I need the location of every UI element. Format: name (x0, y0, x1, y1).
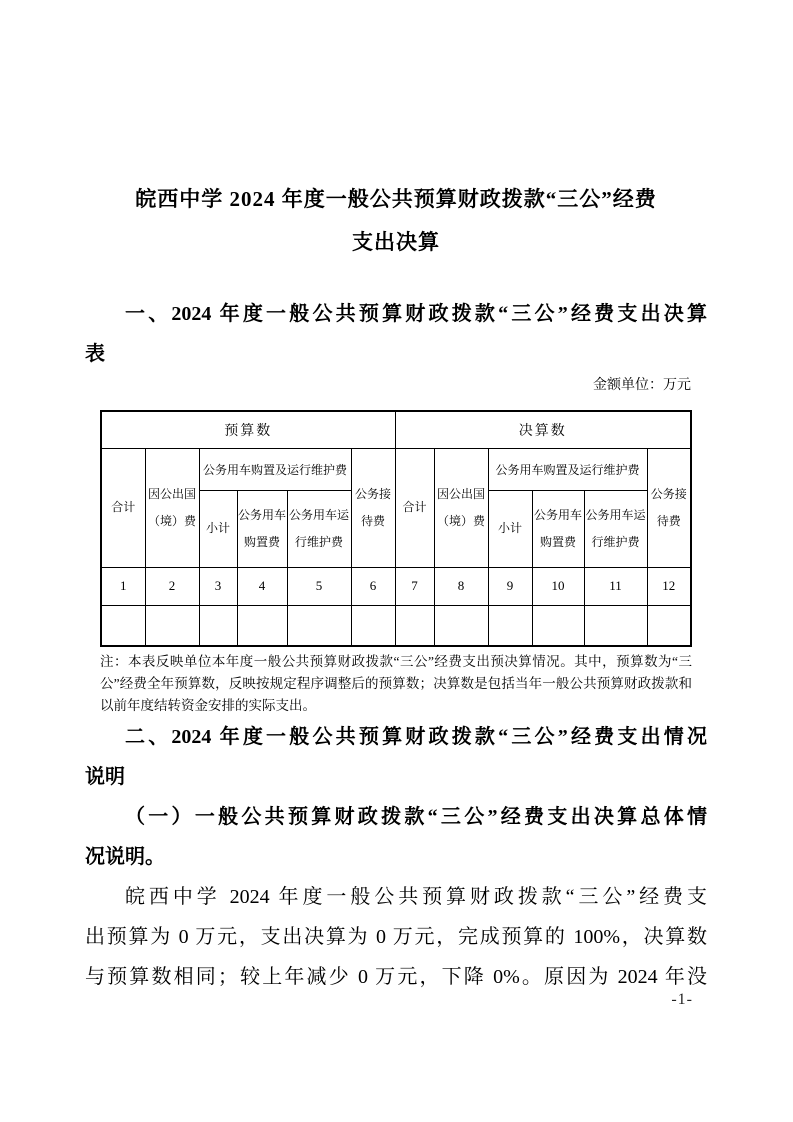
value-cell-8 (434, 605, 488, 646)
column-index-cell-2: 2 (145, 567, 199, 605)
value-cell-4 (237, 605, 287, 646)
budget-vehicle-purchase-header-cell: 公务用车 购置费 (237, 490, 287, 567)
value-cell-7 (395, 605, 434, 646)
value-cell-3 (199, 605, 237, 646)
final-group-header-cell: 决算数 (395, 411, 691, 448)
title-line-1: 皖西中学 2024 年度一般公共预算财政拨款“三公”经费 (85, 178, 707, 221)
column-index-cell-7: 7 (395, 567, 434, 605)
column-index-cell-9: 9 (488, 567, 532, 605)
body-paragraph: 皖西中学 2024 年度一般公共预算财政拨款“三公”经费支 出预算为 0 万元，… (85, 877, 707, 997)
value-cell-9 (488, 605, 532, 646)
subsection-one-heading: （一）一般公共预算财政拨款“三公”经费支出决算总体情 况说明。 (85, 797, 707, 877)
budget-vehicle-maintenance-header-cell: 公务用车运 行维护费 (287, 490, 351, 567)
column-index-cell-5: 5 (287, 567, 351, 605)
column-index-cell-6: 6 (351, 567, 395, 605)
value-cell-5 (287, 605, 351, 646)
final-vehicle-subtotal-header-cell: 小计 (488, 490, 532, 567)
page-number: -1- (671, 991, 693, 1009)
final-vehicle-maintenance-header-cell: 公务用车运 行维护费 (584, 490, 647, 567)
amount-unit-label: 金额单位：万元 (85, 376, 707, 396)
paragraph-line-2: 出预算为 0 万元，支出决算为 0 万元，完成预算的 100%，决算数 (85, 917, 707, 957)
paragraph-line-3: 与预算数相同；较上年减少 0 万元，下降 0%。原因为 2024 年没 (85, 957, 707, 997)
budget-vehicle-group-header-cell: 公务用车购置及运行维护费 (199, 448, 351, 490)
column-index-cell-11: 11 (584, 567, 647, 605)
budget-vehicle-subtotal-header-cell: 小计 (199, 490, 237, 567)
column-index-cell-12: 12 (647, 567, 691, 605)
column-index-cell-4: 4 (237, 567, 287, 605)
value-cell-11 (584, 605, 647, 646)
budget-abroad-header-cell: 因公出国 （境）费 (145, 448, 199, 567)
value-cell-1 (101, 605, 145, 646)
section-two-heading-line-1: 二、2024 年度一般公共预算财政拨款“三公”经费支出情况 (85, 717, 707, 757)
subsection-one-heading-line-1: （一）一般公共预算财政拨款“三公”经费支出决算总体情 (85, 797, 707, 837)
three-public-expense-table: 预算数 决算数 合计 因公出国 （境）费 公务用车购置及运行维护费 公务接 待费… (100, 410, 692, 647)
budget-total-header-cell: 合计 (101, 448, 145, 567)
budget-group-header-cell: 预算数 (101, 411, 395, 448)
title-line-2: 支出决算 (85, 221, 707, 264)
column-index-cell-3: 3 (199, 567, 237, 605)
final-total-header-cell: 合计 (395, 448, 434, 567)
document-title: 皖西中学 2024 年度一般公共预算财政拨款“三公”经费 支出决算 (85, 178, 707, 264)
section-one-heading-line-1: 一、2024 年度一般公共预算财政拨款“三公”经费支出决算 (85, 294, 707, 334)
final-vehicle-group-header-cell: 公务用车购置及运行维护费 (488, 448, 647, 490)
value-cell-6 (351, 605, 395, 646)
column-index-cell-10: 10 (532, 567, 584, 605)
final-vehicle-purchase-header-cell: 公务用车 购置费 (532, 490, 584, 567)
final-reception-header-cell: 公务接 待费 (647, 448, 691, 567)
section-one-heading: 一、2024 年度一般公共预算财政拨款“三公”经费支出决算 表 (85, 294, 707, 374)
section-two-heading-line-2: 说明 (85, 757, 707, 797)
final-abroad-header-cell: 因公出国 （境）费 (434, 448, 488, 567)
value-cell-12 (647, 605, 691, 646)
value-cell-2 (145, 605, 199, 646)
budget-reception-header-cell: 公务接 待费 (351, 448, 395, 567)
paragraph-line-1: 皖西中学 2024 年度一般公共预算财政拨款“三公”经费支 (85, 877, 707, 917)
column-index-cell-1: 1 (101, 567, 145, 605)
column-index-cell-8: 8 (434, 567, 488, 605)
section-two-heading: 二、2024 年度一般公共预算财政拨款“三公”经费支出情况 说明 (85, 717, 707, 797)
table-note: 注：本表反映单位本年度一般公共预算财政拨款“三公”经费支出预决算情况。其中，预算… (100, 651, 692, 717)
subsection-one-heading-line-2: 况说明。 (85, 837, 707, 877)
value-cell-10 (532, 605, 584, 646)
document-page: 皖西中学 2024 年度一般公共预算财政拨款“三公”经费 支出决算 一、2024… (0, 0, 793, 1122)
section-one-heading-line-2: 表 (85, 334, 707, 374)
